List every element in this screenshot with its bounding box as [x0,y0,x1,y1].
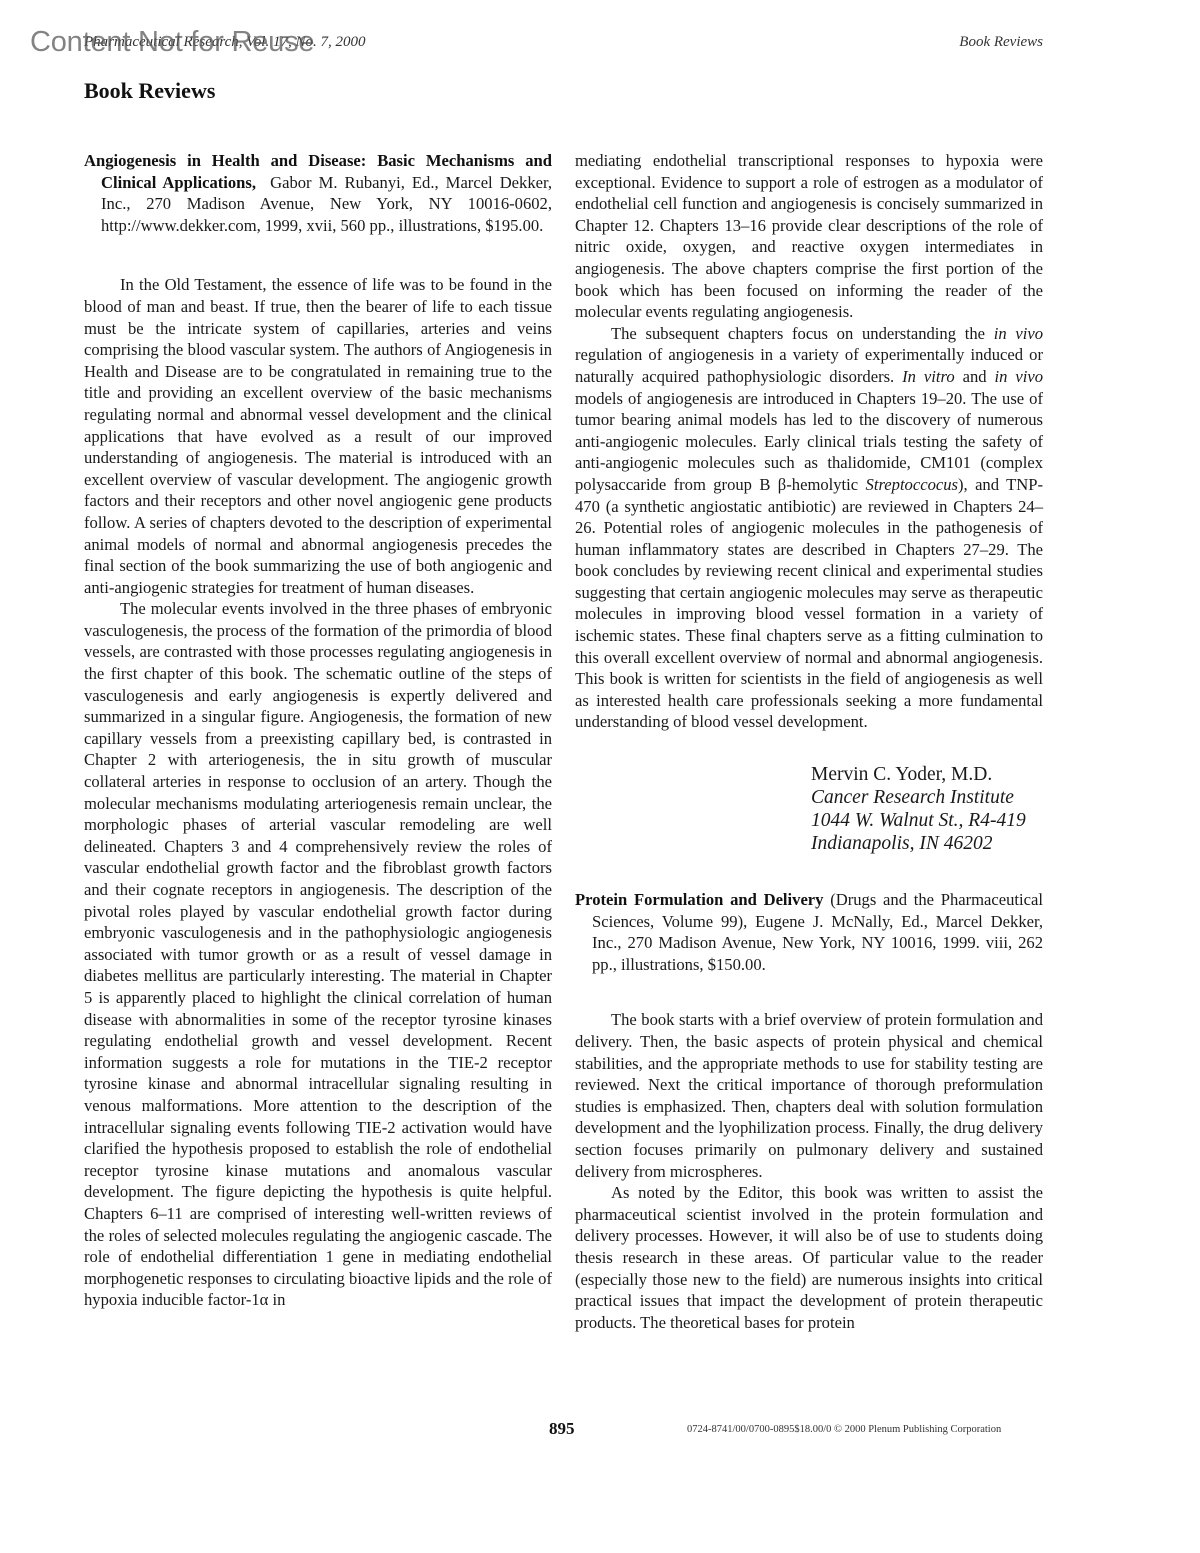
review1-paragraph-3: The subsequent chapters focus on underst… [575,323,1043,733]
copyright-line: 0724-8741/00/0700-0895$18.00/0 © 2000 Pl… [687,1424,1001,1435]
review2-citation: Protein Formulation and Delivery (Drugs … [575,889,1043,975]
reviewer-institution: Cancer Research Institute [811,786,1043,809]
italic-term: In vitro [902,367,955,386]
reviewer-name: Mervin C. Yoder, M.D. [811,763,1043,786]
review1-paragraph-2: The molecular events involved in the thr… [84,598,552,1311]
page-number: 895 [549,1419,575,1439]
text-run: The subsequent chapters focus on underst… [611,324,994,343]
review1-citation: Angiogenesis in Health and Disease: Basi… [84,150,552,236]
reviewer-city: Indianapolis, IN 46202 [811,832,1043,855]
watermark: Content Not for Reuse [30,28,314,57]
review2-paragraph-2: As noted by the Editor, this book was wr… [575,1182,1043,1333]
italic-term: Streptoccocus [866,475,958,494]
text-run: and [955,367,995,386]
italic-term: in vivo [995,367,1044,386]
right-column: mediating endothelial transcriptional re… [575,150,1043,1333]
text-run: ), and TNP-470 (a synthetic angiostatic … [575,475,1043,732]
review2-paragraph-1: The book starts with a brief overview of… [575,1009,1043,1182]
review1-paragraph-2-continued: mediating endothelial transcriptional re… [575,150,1043,323]
running-head-section: Book Reviews [959,34,1043,51]
review1-paragraph-1: In the Old Testament, the essence of lif… [84,274,552,598]
review2-book-title: Protein Formulation and Delivery [575,890,823,909]
section-title: Book Reviews [84,78,215,104]
reviewer-address: 1044 W. Walnut St., R4-419 [811,809,1043,832]
italic-term: in vivo [994,324,1043,343]
reviewer-signature: Mervin C. Yoder, M.D. Cancer Research In… [811,763,1043,855]
left-column: Angiogenesis in Health and Disease: Basi… [84,150,552,1311]
